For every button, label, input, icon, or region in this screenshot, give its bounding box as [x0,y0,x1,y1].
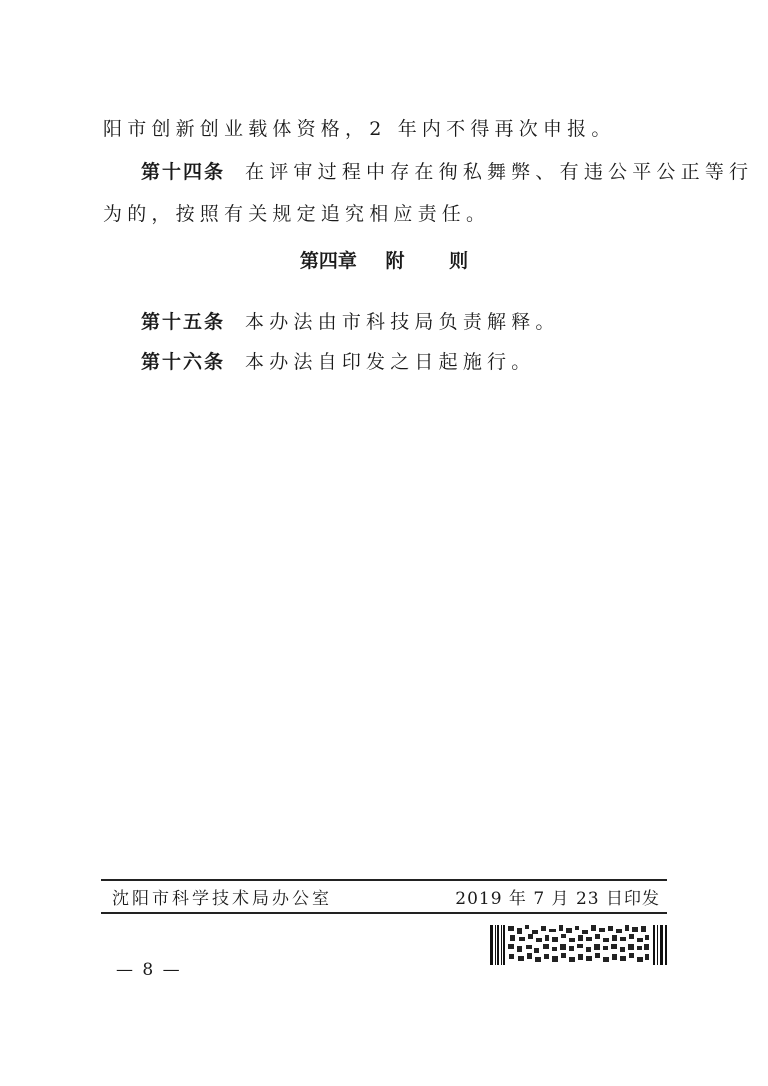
article-14-continuation: 为的，按照有关规定追究相应责任。 [103,199,490,226]
page-number: — 8 — [116,960,182,980]
pdf417-barcode-icon [490,925,668,965]
issuer-name: 沈阳市科学技术局办公室 [112,884,332,909]
article-16: 第十六条本办法自印发之日起施行。 [141,347,535,374]
article-16-label: 第十六条 [141,351,225,373]
chapter-heading: 第四章 附 则 [0,246,768,273]
chapter-title-part1: 附 [385,246,404,273]
article-15-label: 第十五条 [141,311,225,333]
chapter-number: 第四章 [300,246,357,273]
article-14-text: 在评审过程中存在徇私舞弊、有违公平公正等行 [245,161,753,183]
article-14: 第十四条在评审过程中存在徇私舞弊、有违公平公正等行 [141,157,753,184]
issue-date: 2019 年 7 月 23 日印发 [455,884,660,909]
body-line-continuation: 阳市创新创业载体资格，2 年内不得再次申报。 [103,114,616,141]
article-14-label: 第十四条 [141,161,225,183]
article-15: 第十五条本办法由市科技局负责解释。 [141,307,560,334]
chapter-title-part2: 则 [449,246,468,273]
article-16-text: 本办法自印发之日起施行。 [245,351,535,373]
footer-bottom-rule [101,912,667,914]
article-15-text: 本办法由市科技局负责解释。 [245,311,560,333]
footer-top-rule [101,879,667,881]
